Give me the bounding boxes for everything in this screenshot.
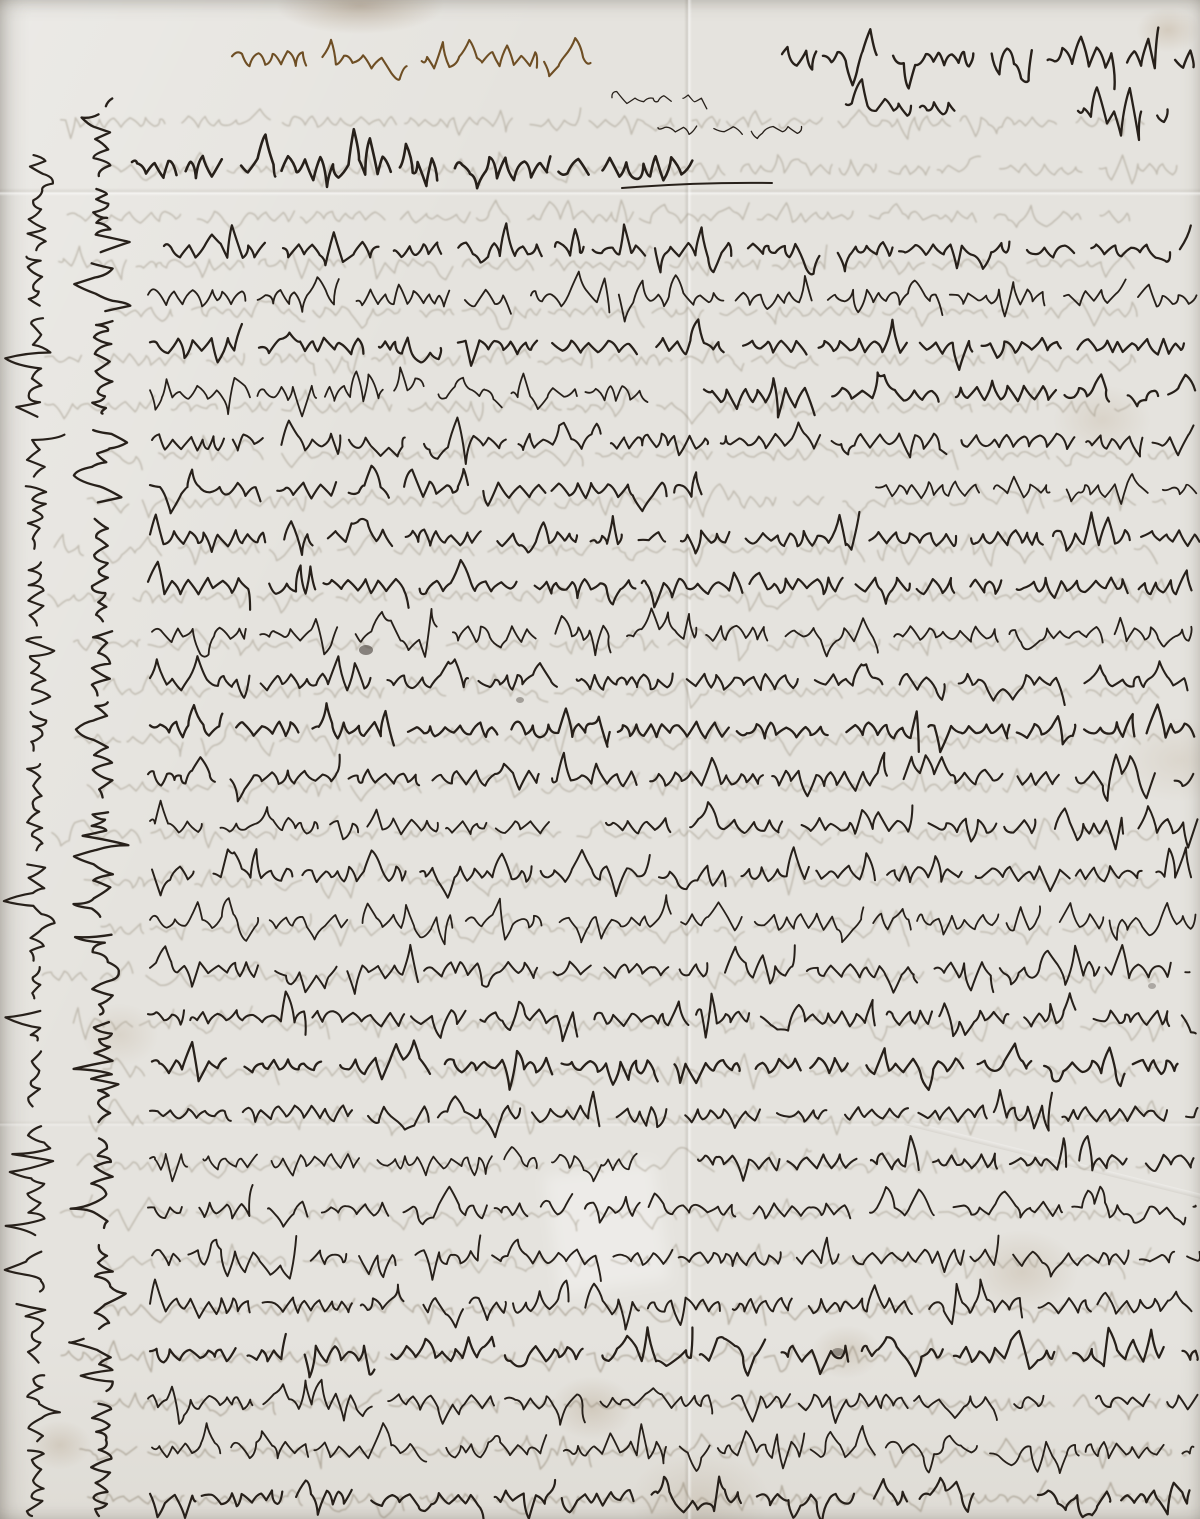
handwriting-layer [0,0,1200,1519]
letter-page: 30ten Julius erhalten Sachsenhausen d. 2… [0,0,1200,1519]
